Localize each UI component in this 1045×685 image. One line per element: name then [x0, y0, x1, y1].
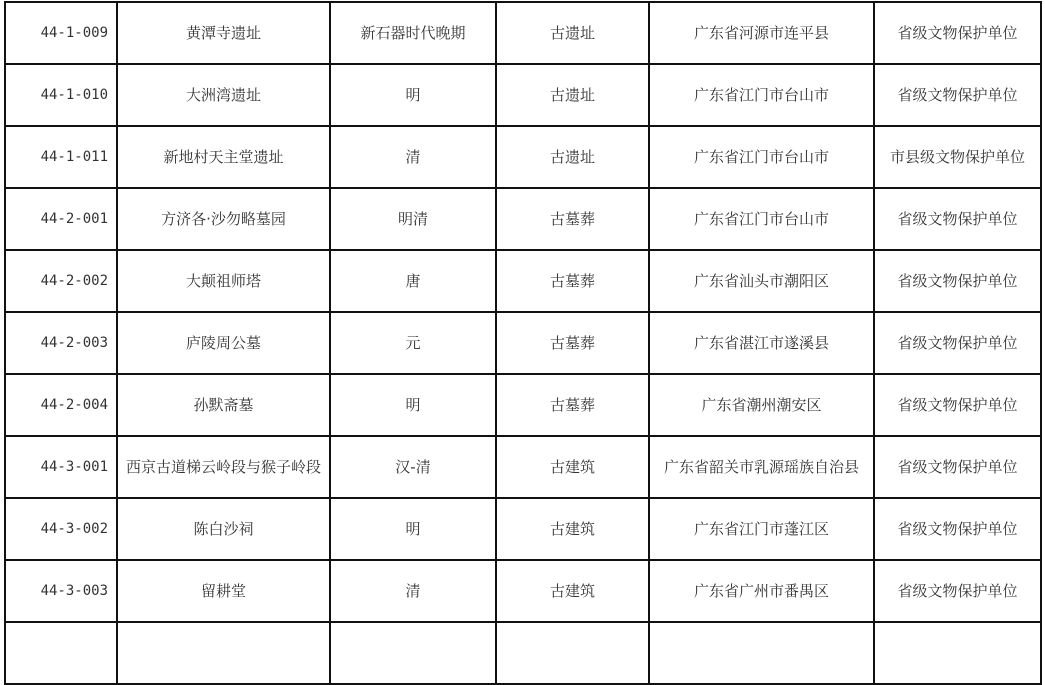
- table-row: 44-3-003 留耕堂 清 古建筑 广东省广州市番禺区 省级文物保护单位: [5, 560, 1041, 622]
- cell-category: 古墓葬: [496, 188, 649, 250]
- cell-location: 广东省江门市台山市: [649, 188, 874, 250]
- cell-era: [330, 622, 496, 666]
- cell-location: 广东省江门市台山市: [649, 64, 874, 126]
- relics-table-container: 44-1-009 黄潭寺遗址 新石器时代晚期 古遗址 广东省河源市连平县 省级文…: [4, 1, 1042, 666]
- cell-location: 广东省湛江市遂溪县: [649, 312, 874, 374]
- cell-code: 44-2-001: [5, 188, 117, 250]
- cell-location: 广东省潮州潮安区: [649, 374, 874, 436]
- cell-code: 44-1-011: [5, 126, 117, 188]
- cell-location: 广东省河源市连平县: [649, 2, 874, 64]
- cell-category: [496, 622, 649, 666]
- cell-category: 古遗址: [496, 126, 649, 188]
- cell-level: 省级文物保护单位: [874, 64, 1041, 126]
- cell-location: 广东省江门市蓬江区: [649, 498, 874, 560]
- cell-location: 广东省江门市台山市: [649, 126, 874, 188]
- cell-code: 44-3-002: [5, 498, 117, 560]
- cell-era: 明清: [330, 188, 496, 250]
- table-row: 44-1-011 新地村天主堂遗址 清 古遗址 广东省江门市台山市 市县级文物保…: [5, 126, 1041, 188]
- table-row: 44-2-004 孙默斋墓 明 古墓葬 广东省潮州潮安区 省级文物保护单位: [5, 374, 1041, 436]
- table-row: 44-3-001 西京古道梯云岭段与猴子岭段 汉-清 古建筑 广东省韶关市乳源瑶…: [5, 436, 1041, 498]
- cell-category: 古建筑: [496, 436, 649, 498]
- cell-name: 新地村天主堂遗址: [117, 126, 330, 188]
- table-row: 44-1-010 大洲湾遗址 明 古遗址 广东省江门市台山市 省级文物保护单位: [5, 64, 1041, 126]
- cell-level: 省级文物保护单位: [874, 2, 1041, 64]
- cell-level: 省级文物保护单位: [874, 188, 1041, 250]
- cell-era: 明: [330, 498, 496, 560]
- cell-location: 广东省韶关市乳源瑶族自治县: [649, 436, 874, 498]
- cell-name: 大颠祖师塔: [117, 250, 330, 312]
- cell-level: [874, 622, 1041, 666]
- cell-name: 西京古道梯云岭段与猴子岭段: [117, 436, 330, 498]
- cell-code: 44-3-001: [5, 436, 117, 498]
- cell-code: 44-3-003: [5, 560, 117, 622]
- cell-location: [649, 622, 874, 666]
- cell-category: 古遗址: [496, 64, 649, 126]
- cell-name: 留耕堂: [117, 560, 330, 622]
- cell-era: 明: [330, 64, 496, 126]
- cell-era: 唐: [330, 250, 496, 312]
- cell-category: 古遗址: [496, 2, 649, 64]
- cell-category: 古建筑: [496, 560, 649, 622]
- cell-era: 清: [330, 126, 496, 188]
- cell-name: 大洲湾遗址: [117, 64, 330, 126]
- table-row: 44-2-002 大颠祖师塔 唐 古墓葬 广东省汕头市潮阳区 省级文物保护单位: [5, 250, 1041, 312]
- table-row: 44-2-001 方济各·沙勿略墓园 明清 古墓葬 广东省江门市台山市 省级文物…: [5, 188, 1041, 250]
- cell-category: 古墓葬: [496, 250, 649, 312]
- cell-category: 古墓葬: [496, 374, 649, 436]
- cell-code: 44-2-003: [5, 312, 117, 374]
- cell-era: 汉-清: [330, 436, 496, 498]
- cell-name: 方济各·沙勿略墓园: [117, 188, 330, 250]
- cell-category: 古墓葬: [496, 312, 649, 374]
- cell-code: 44-2-002: [5, 250, 117, 312]
- cell-level: 市县级文物保护单位: [874, 126, 1041, 188]
- cell-code: 44-1-010: [5, 64, 117, 126]
- table-row: 44-1-009 黄潭寺遗址 新石器时代晚期 古遗址 广东省河源市连平县 省级文…: [5, 2, 1041, 64]
- cell-era: 明: [330, 374, 496, 436]
- cell-level: 省级文物保护单位: [874, 498, 1041, 560]
- cell-code: [5, 622, 117, 666]
- table-row: [5, 622, 1041, 666]
- cell-code: 44-1-009: [5, 2, 117, 64]
- cell-era: 元: [330, 312, 496, 374]
- table-row: 44-2-003 庐陵周公墓 元 古墓葬 广东省湛江市遂溪县 省级文物保护单位: [5, 312, 1041, 374]
- cell-name: 庐陵周公墓: [117, 312, 330, 374]
- cell-level: 省级文物保护单位: [874, 436, 1041, 498]
- cell-name: 孙默斋墓: [117, 374, 330, 436]
- cell-level: 省级文物保护单位: [874, 560, 1041, 622]
- cell-level: 省级文物保护单位: [874, 374, 1041, 436]
- cell-code: 44-2-004: [5, 374, 117, 436]
- cell-location: 广东省广州市番禺区: [649, 560, 874, 622]
- cell-name: 黄潭寺遗址: [117, 2, 330, 64]
- cultural-relics-table: 44-1-009 黄潭寺遗址 新石器时代晚期 古遗址 广东省河源市连平县 省级文…: [4, 1, 1042, 666]
- cell-level: 省级文物保护单位: [874, 250, 1041, 312]
- cell-era: 新石器时代晚期: [330, 2, 496, 64]
- table-row: 44-3-002 陈白沙祠 明 古建筑 广东省江门市蓬江区 省级文物保护单位: [5, 498, 1041, 560]
- cell-location: 广东省汕头市潮阳区: [649, 250, 874, 312]
- cell-era: 清: [330, 560, 496, 622]
- cell-category: 古建筑: [496, 498, 649, 560]
- cell-name: 陈白沙祠: [117, 498, 330, 560]
- cell-level: 省级文物保护单位: [874, 312, 1041, 374]
- cell-name: [117, 622, 330, 666]
